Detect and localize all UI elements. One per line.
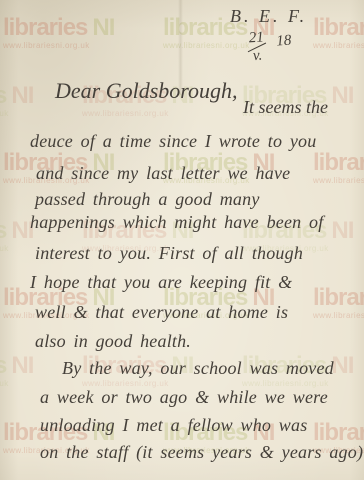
watermark-url: www.librariesni.org.uk (0, 110, 33, 118)
letter-page: librariesNIwww.librariesni.org.uklibrari… (0, 0, 364, 480)
watermark-wordmark: librariesNI (313, 286, 364, 310)
body-line: well & that everyone at home is (35, 302, 288, 323)
watermark-suffix: NI (92, 14, 114, 41)
watermark-url: www.librariesni.org.uk (313, 177, 364, 185)
opening-fragment: It seems the (243, 97, 328, 118)
watermark-url: www.librariesni.org.uk (3, 42, 114, 50)
body-line: unloading I met a fellow who was (40, 415, 307, 436)
body-line: and since my last letter we have (36, 163, 290, 184)
body-line: By the way, our school was moved (62, 358, 334, 379)
watermark-tile: librariesNIwww.librariesni.org.uk (3, 16, 114, 50)
watermark-tile: librariesNIwww.librariesni.org.uk (0, 354, 33, 388)
body-line: happenings which might have been of (30, 212, 323, 233)
body-line: a week or two ago & while we were (40, 387, 328, 408)
date-year: 18 (276, 33, 292, 50)
watermark-wordmark: librariesNI (313, 16, 364, 40)
watermark-url: www.librariesni.org.uk (313, 312, 364, 320)
body-line: on the staff (it seems years & years ago… (40, 442, 363, 463)
watermark-wordmark-text: libraries (313, 149, 364, 176)
watermark-tile: librariesNIwww.librariesni.org.uk (313, 16, 364, 50)
date-month: v. (253, 49, 263, 65)
watermark-wordmark: librariesNI (313, 151, 364, 175)
watermark-wordmark: librariesNI (0, 219, 33, 243)
watermark-wordmark-text: libraries (0, 217, 6, 244)
letter-heading-bef: B. E. F. (230, 6, 307, 27)
body-line: deuce of a time since I wrote to you (30, 131, 316, 152)
salutation: Dear Goldsborough, (55, 78, 238, 104)
watermark-wordmark-text: libraries (0, 82, 6, 109)
body-line: passed through a good many (35, 189, 260, 210)
watermark-suffix: NI (11, 82, 33, 109)
watermark-wordmark: librariesNI (3, 16, 114, 40)
watermark-wordmark-text: libraries (0, 352, 6, 379)
watermark-wordmark-text: libraries (313, 284, 364, 311)
watermark-tile: librariesNIwww.librariesni.org.uk (313, 286, 364, 320)
watermark-tile: librariesNIwww.librariesni.org.uk (0, 219, 33, 253)
watermark-wordmark-text: libraries (3, 14, 87, 41)
watermark-suffix: NI (331, 217, 353, 244)
watermark-wordmark: librariesNI (0, 84, 33, 108)
watermark-url: www.librariesni.org.uk (313, 42, 364, 50)
body-line: interest to you. First of all though (35, 243, 303, 264)
watermark-wordmark: librariesNI (0, 354, 33, 378)
body-line: also in good health. (35, 331, 191, 352)
watermark-url: www.librariesni.org.uk (0, 245, 33, 253)
watermark-url: www.librariesni.org.uk (82, 110, 193, 118)
watermark-suffix: NI (331, 352, 353, 379)
watermark-suffix: NI (331, 82, 353, 109)
watermark-tile: librariesNIwww.librariesni.org.uk (313, 151, 364, 185)
letter-date: 21 v. 18 (246, 28, 293, 64)
body-line: I hope that you are keeping fit & (30, 272, 292, 293)
watermark-suffix: NI (11, 352, 33, 379)
watermark-url: www.librariesni.org.uk (0, 380, 33, 388)
date-fraction: 21 v. (246, 30, 268, 65)
watermark-wordmark-text: libraries (313, 14, 364, 41)
watermark-tile: librariesNIwww.librariesni.org.uk (0, 84, 33, 118)
